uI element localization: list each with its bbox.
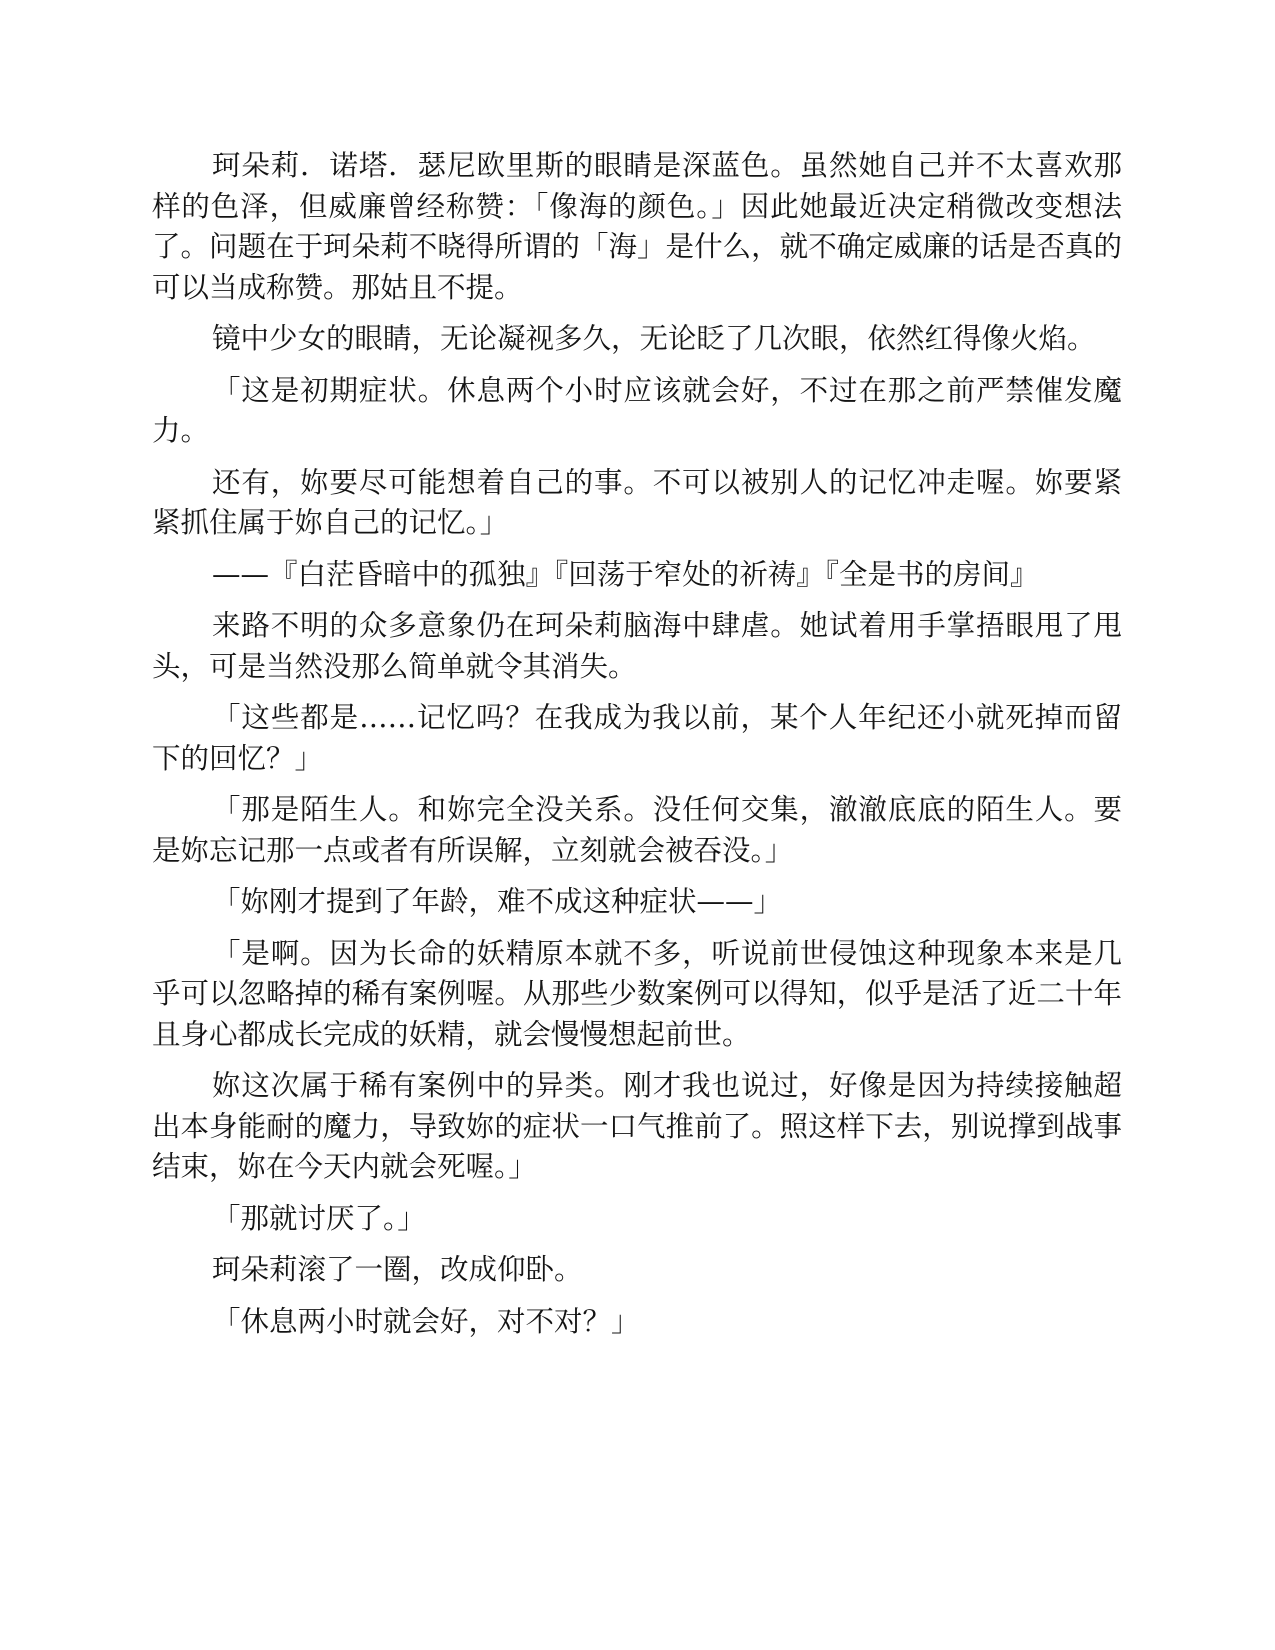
paragraph: 「妳刚才提到了年龄，难不成这种症状——」 [152, 882, 1122, 923]
paragraph: 来路不明的众多意象仍在珂朵莉脑海中肆虐。她试着用手掌捂眼甩了甩头，可是当然没那么… [152, 606, 1122, 687]
paragraph: 「这些都是……记忆吗？在我成为我以前，某个人年纪还小就死掉而留下的回忆？」 [152, 698, 1122, 779]
paragraph: 还有，妳要尽可能想着自己的事。不可以被别人的记忆冲走喔。妳要紧紧抓住属于妳自己的… [152, 463, 1122, 544]
paragraph: 「那是陌生人。和妳完全没关系。没任何交集，澈澈底底的陌生人。要是妳忘记那一点或者… [152, 790, 1122, 871]
paragraph: 「休息两小时就会好，对不对？」 [152, 1302, 1122, 1343]
paragraph: 「那就讨厌了。」 [152, 1199, 1122, 1240]
paragraph: 「是啊。因为长命的妖精原本就不多，听说前世侵蚀这种现象本来是几乎可以忽略掉的稀有… [152, 934, 1122, 1056]
paragraph: 「这是初期症状。休息两个小时应该就会好，不过在那之前严禁催发魔力。 [152, 371, 1122, 452]
paragraph: 妳这次属于稀有案例中的异类。刚才我也说过，好像是因为持续接触超出本身能耐的魔力，… [152, 1066, 1122, 1188]
paragraph: 镜中少女的眼睛，无论凝视多久，无论眨了几次眼，依然红得像火焰。 [152, 319, 1122, 360]
paragraph: 珂朵莉．诺塔．瑟尼欧里斯的眼睛是深蓝色。虽然她自己并不太喜欢那样的色泽，但威廉曾… [152, 146, 1122, 308]
document-page: 珂朵莉．诺塔．瑟尼欧里斯的眼睛是深蓝色。虽然她自己并不太喜欢那样的色泽，但威廉曾… [152, 146, 1122, 1353]
paragraph: 珂朵莉滚了一圈，改成仰卧。 [152, 1250, 1122, 1291]
paragraph: ——『白茫昏暗中的孤独』『回荡于窄处的祈祷』『全是书的房间』 [152, 555, 1122, 596]
